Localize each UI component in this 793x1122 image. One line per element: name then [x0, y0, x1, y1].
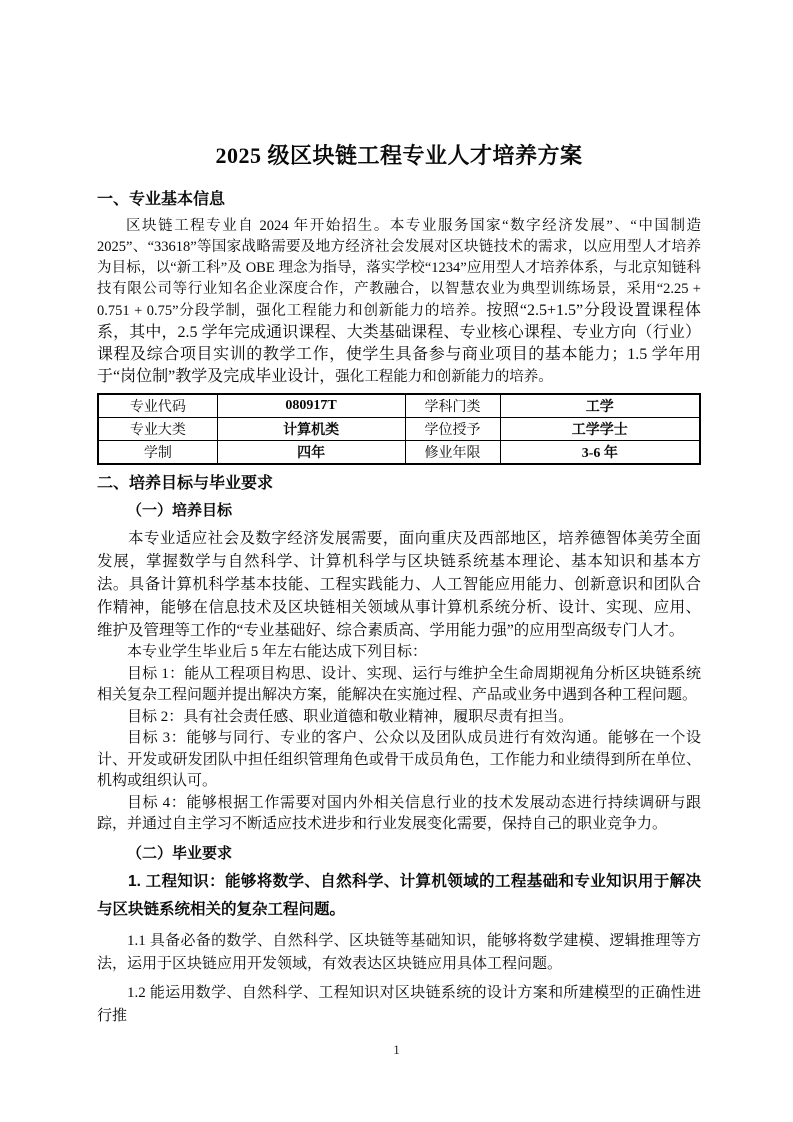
table-row: 专业代码 080917T 学科门类 工学: [98, 394, 700, 418]
subsection-graduation-requirements-heading: （二）毕业要求: [97, 844, 701, 864]
value-schooling-length: 四年: [217, 441, 405, 465]
label-degree-awarded: 学位授予: [405, 418, 500, 441]
basic-info-table: 专业代码 080917T 学科门类 工学 专业大类 计算机类 学位授予 工学学士…: [97, 393, 701, 465]
subsection-training-objectives-heading: （一）培养目标: [97, 501, 701, 521]
document-page: 2025 级区块链工程专业人才培养方案 一、专业基本信息 区块链工程专业自 20…: [0, 0, 793, 1122]
objectives-lead-line: 本专业学生毕业后 5 年左右能达成下列目标：: [97, 642, 701, 664]
value-study-period: 3-6 年: [500, 441, 700, 465]
page-number: 1: [0, 1042, 793, 1058]
table-row: 学制 四年 修业年限 3-6 年: [98, 441, 700, 465]
value-discipline-category: 工学: [500, 394, 700, 418]
section1-intro-paragraph: 区块链工程专业自 2024 年开始招生。本专业服务国家“数字经济发展”、“中国制…: [97, 216, 701, 388]
label-major-code: 专业代码: [98, 394, 217, 418]
goal-2-paragraph: 目标 2：具有社会责任感、职业道德和敬业精神，履职尽责有担当。: [97, 707, 701, 729]
value-major-class: 计算机类: [217, 418, 405, 441]
requirement-1-1-paragraph: 1.1 具备必备的数学、自然科学、区块链等基础知识，能够将数学建模、逻辑推理等方…: [97, 930, 701, 976]
requirement-1-engineering-knowledge-title: 1. 工程知识：能够将数学、自然科学、计算机领域的工程基础和专业知识用于解决与区…: [97, 868, 701, 924]
value-major-code: 080917T: [217, 394, 405, 418]
table-row: 专业大类 计算机类 学位授予 工学学士: [98, 418, 700, 441]
label-study-period: 修业年限: [405, 441, 500, 465]
label-discipline-category: 学科门类: [405, 394, 500, 418]
training-objectives-paragraph: 本专业适应社会及数字经济发展需要，面向重庆及西部地区，培养德智体美劳全面发展，掌…: [97, 527, 701, 642]
goal-4-paragraph: 目标 4：能够根据工作需要对国内外相关信息行业的技术发展动态进行持续调研与跟踪，…: [97, 793, 701, 836]
goal-3-paragraph: 目标 3：能够与同行、专业的客户、公众以及团队成员进行有效沟通。能够在一个设计、…: [97, 728, 701, 793]
document-title: 2025 级区块链工程专业人才培养方案: [97, 141, 701, 171]
label-major-class: 专业大类: [98, 418, 217, 441]
section2-heading: 二、培养目标与毕业要求: [97, 473, 701, 495]
goal-1-paragraph: 目标 1：能从工程项目构思、设计、实现、运行与维护全生命周期视角分析区块链系统相…: [97, 664, 701, 707]
value-degree-awarded: 工学学士: [500, 418, 700, 441]
requirement-1-2-paragraph: 1.2 能运用数学、自然科学、工程知识对区块链系统的设计方案和所建模型的正确性进…: [97, 982, 701, 1028]
label-schooling-length: 学制: [98, 441, 217, 465]
intro-text-normal-2: 强化工程能力和创新能力的培养。: [335, 369, 553, 385]
section1-heading: 一、专业基本信息: [97, 189, 701, 211]
